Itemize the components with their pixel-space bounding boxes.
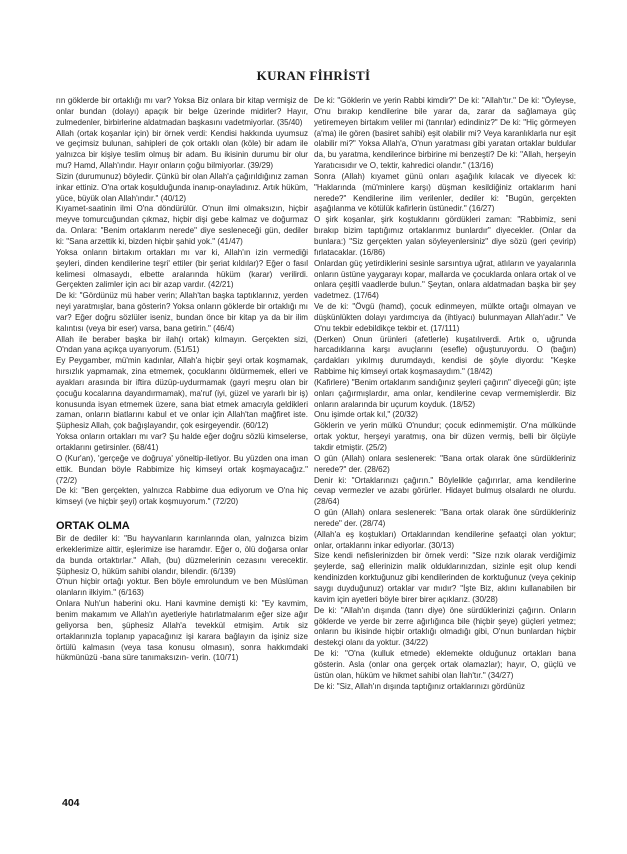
entry-paragraph: (Derken) Onun ürünleri (afetlerle) kuşat… (314, 335, 576, 378)
entry-paragraph: Onlardan güç yetirdiklerini sesinle sars… (314, 259, 576, 302)
entry-paragraph: O'nun hiçbir ortağı yoktur. Ben böyle em… (56, 577, 308, 599)
entry-paragraph: (Allah'a eş koştukları) Ortaklarından ke… (314, 530, 576, 552)
entry-paragraph: De ki: "Ben gerçekten, yalnızca Rabbime … (56, 486, 308, 508)
entry-paragraph: Yoksa onların ortakları mı var? Şu halde… (56, 432, 308, 454)
entry-paragraph: Göklerin ve yerin mülkü O'nundur; çocuk … (314, 421, 576, 454)
entry-paragraph: Yoksa onların birtakım ortakları mı var … (56, 248, 308, 291)
entry-paragraph: Sizin (durumunuz) böyledir. Çünkü bir ol… (56, 172, 308, 205)
entry-paragraph: Ey Peygamber, mü'min kadınlar, Allah'a h… (56, 356, 308, 432)
entry-paragraph: Allah ile beraber başka bir ilah(ı ortak… (56, 335, 308, 357)
entry-paragraph: Onu işimde ortak kıl," (20/32) (314, 410, 576, 421)
section-heading: ORTAK OLMA (56, 520, 308, 533)
entry-paragraph: De ki: "Siz, Allah'ın dışında taptığınız… (314, 682, 576, 693)
right-column: De ki: "Göklerin ve yerin Rabbi kimdir?"… (314, 96, 576, 692)
entry-paragraph: Bir de dediler ki: "Bu hayvanların karın… (56, 534, 308, 577)
entry-paragraph: O (Kur'an), 'gerçeğe ve doğruya' yönelti… (56, 454, 308, 487)
entry-paragraph: O şirk koşanlar, şirk koştuklarını gördü… (314, 215, 576, 258)
entry-paragraph: Denir ki: "Ortaklarınızı çağırın." Böyle… (314, 476, 576, 509)
book-page: KURAN FİHRİSTİ rın göklerde bir ortaklığ… (0, 0, 627, 854)
entry-paragraph: Ve de ki: "Övgü (hamd), çocuk edinmeyen,… (314, 302, 576, 335)
entry-paragraph: Sonra (Allah) kıyamet günü onları aşağıl… (314, 172, 576, 215)
entry-paragraph: De ki: "Allah'ın dışında (tanrı diye) ön… (314, 606, 576, 649)
running-head-title: KURAN FİHRİSTİ (0, 68, 627, 84)
entry-paragraph: De ki: "O'na (kulluk etmede) eklemekte o… (314, 649, 576, 682)
entry-paragraph: O gün (Allah) onlara seslenerek: "Bana o… (314, 508, 576, 530)
entry-paragraph: Allah (ortak koşanlar için) bir örnek ve… (56, 129, 308, 172)
entry-paragraph: Size kendi nefislerinizden bir örnek ver… (314, 551, 576, 605)
entry-paragraph: (Kafirlere) "Benim ortaklarım sandığınız… (314, 378, 576, 411)
entry-paragraph: De ki: "Göklerin ve yerin Rabbi kimdir?"… (314, 96, 576, 172)
entry-paragraph: Onlara Nuh'un haberini oku. Hani kavmine… (56, 599, 308, 664)
left-column: rın göklerde bir ortaklığı mı var? Yoksa… (56, 96, 308, 664)
entry-paragraph: De ki: "Gördünüz mü haber verin; Allah't… (56, 291, 308, 334)
entry-paragraph: O gün (Allah) onlara seslenerek: "Bana o… (314, 454, 576, 476)
entry-paragraph: Kıyamet-saatinin ilmi O'na döndürülür. O… (56, 204, 308, 247)
page-number: 404 (62, 797, 80, 809)
entry-paragraph: rın göklerde bir ortaklığı mı var? Yoksa… (56, 96, 308, 129)
